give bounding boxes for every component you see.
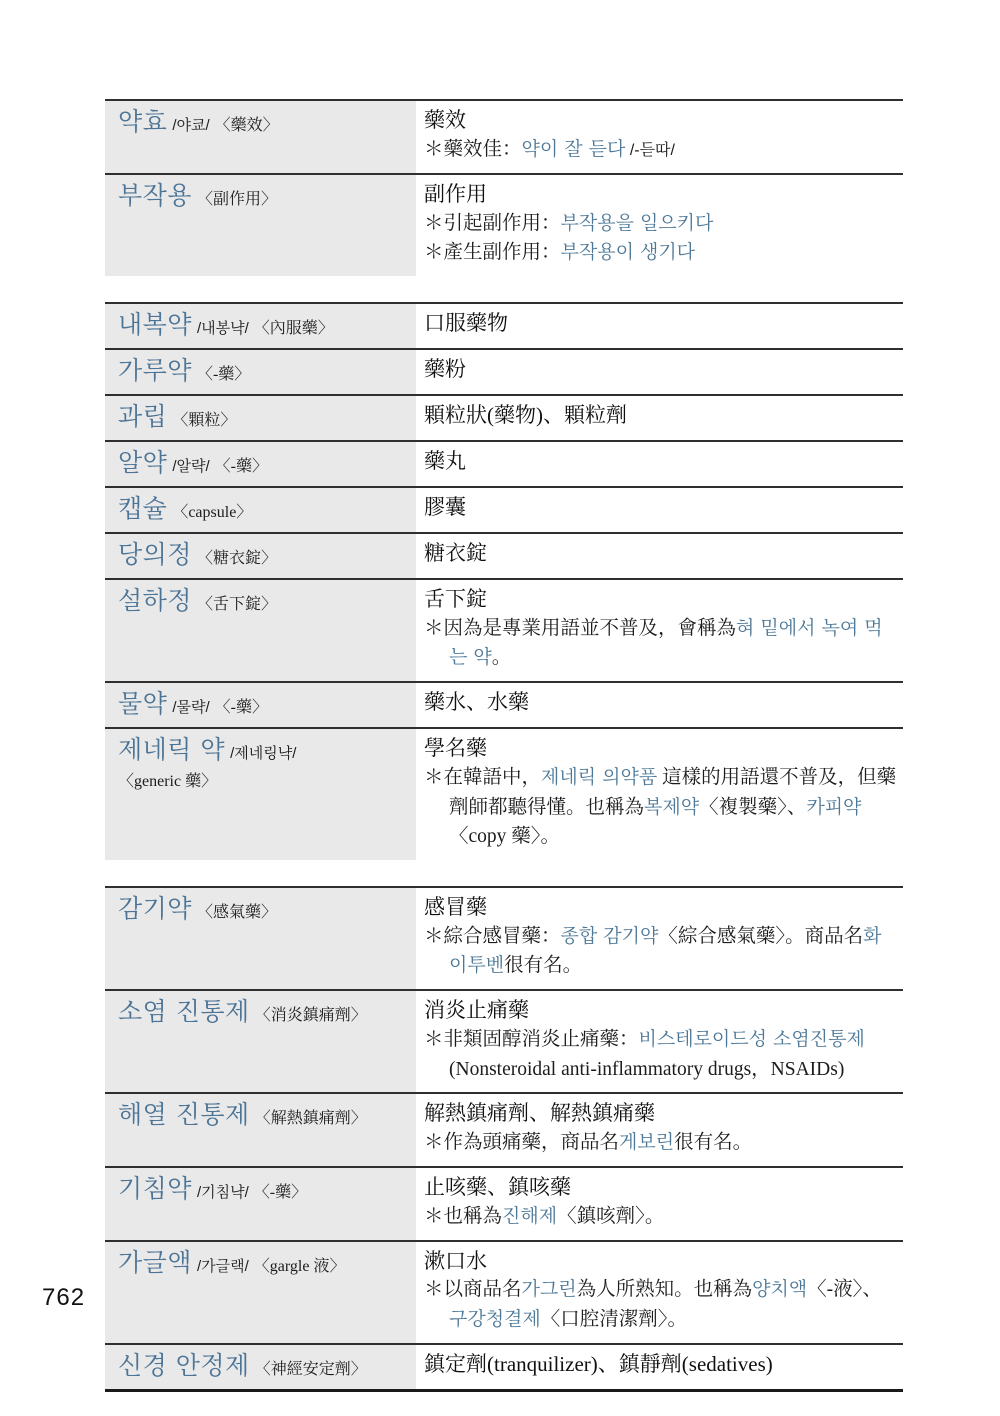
translation: 感冒藥 xyxy=(424,893,897,922)
headword-cell: 제네릭 약/제네링냑/〈generic 藥〉 xyxy=(105,729,416,860)
hanja-gloss: 〈藥效〉 xyxy=(215,117,279,134)
headword: 물약 xyxy=(118,689,167,718)
pronunciation: /물략/ xyxy=(172,699,209,716)
translation: 解熱鎮痛劑、解熱鎮痛藥 xyxy=(424,1099,897,1128)
headword-cell: 해열 진통제〈解熱鎮痛劑〉 xyxy=(105,1094,416,1166)
translation-cell: 舌下錠＊因為是專業用語並不普及，會稱為혀 밑에서 녹여 먹는 약。 xyxy=(416,580,903,681)
headword: 알약 xyxy=(118,448,167,477)
hanja-gloss: 〈舌下錠〉 xyxy=(197,596,277,613)
translation-cell: 糖衣錠 xyxy=(416,534,903,578)
headword-cell: 당의정〈糖衣錠〉 xyxy=(105,534,416,578)
translation-cell: 藥水、水藥 xyxy=(416,683,903,727)
translation: 止咳藥、鎮咳藥 xyxy=(424,1173,897,1202)
example-chinese-text: 〈鎮咳劑〉。 xyxy=(557,1206,664,1227)
headword: 과립 xyxy=(118,402,167,431)
translation-cell: 副作用＊引起副作用：부작용을 일으키다＊產生副作用：부작용이 생기다 xyxy=(416,175,903,276)
hanja-gloss: 〈generic 藥〉 xyxy=(118,773,217,790)
hanja-gloss: 〈糖衣錠〉 xyxy=(197,550,277,567)
translation: 舌下錠 xyxy=(424,585,897,614)
pronunciation: /제네링냑/ xyxy=(230,745,296,762)
hanja-gloss: 〈副作用〉 xyxy=(197,191,277,208)
page-number: 762 xyxy=(42,1284,85,1312)
korean-term: 약이 잘 듣다 xyxy=(522,138,626,160)
entry-row: 내복약/내봉냑/〈內服藥〉口服藥物 xyxy=(105,302,903,348)
korean-term: 진해제 xyxy=(502,1205,557,1227)
example-chinese-text: 〈copy 藥〉。 xyxy=(449,826,560,847)
example-line: ＊引起副作用：부작용을 일으키다 xyxy=(424,209,897,239)
translation: 藥效 xyxy=(424,106,897,135)
korean-term: 양치액 xyxy=(752,1278,807,1300)
headword: 캡슐 xyxy=(118,494,167,523)
entry-row: 과립〈顆粒〉顆粒狀(藥物)、顆粒劑 xyxy=(105,394,903,440)
example-line: ＊藥效佳：약이 잘 듣다 /-듣따/ xyxy=(424,135,897,165)
entry-row: 제네릭 약/제네링냑/〈generic 藥〉學名藥＊在韓語中，제네릭 의약품 這… xyxy=(105,727,903,860)
translation-cell: 膠囊 xyxy=(416,488,903,532)
pronunciation: /야쿄/ xyxy=(172,117,209,134)
headword: 기침약 xyxy=(118,1174,192,1203)
translation: 消炎止痛藥 xyxy=(424,996,897,1025)
translation: 膠囊 xyxy=(424,493,897,522)
headword: 내복약 xyxy=(118,310,192,339)
hanja-gloss: 〈神經安定劑〉 xyxy=(255,1361,367,1378)
hanja-gloss: 〈-藥〉 xyxy=(197,366,250,383)
headword-cell: 부작용〈副作用〉 xyxy=(105,175,416,276)
headword-cell: 신경 안정제〈神經安定劑〉 xyxy=(105,1345,416,1389)
headword: 제네릭 약 xyxy=(118,735,225,764)
pronunciation: /기침냑/ xyxy=(197,1184,249,1201)
example-chinese-text: 很有名。 xyxy=(504,955,582,976)
example-line: ＊非類固醇消炎止痛藥：비스테로이드성 소염진통제(Nonsteroidal an… xyxy=(424,1025,897,1084)
headword-cell: 기침약/기침냑/〈-藥〉 xyxy=(105,1168,416,1240)
korean-term: 부작용을 일으키다 xyxy=(561,212,714,234)
translation: 副作用 xyxy=(424,180,897,209)
headword-cell: 가글액/가글랙/〈gargle 液〉 xyxy=(105,1242,416,1343)
headword-cell: 설하정〈舌下錠〉 xyxy=(105,580,416,681)
hanja-gloss: 〈解熱鎮痛劑〉 xyxy=(255,1110,367,1127)
example-chinese-text: ＊在韓語中， xyxy=(424,767,541,788)
pronunciation: /내봉냑/ xyxy=(197,320,249,337)
hanja-gloss: 〈-藥〉 xyxy=(215,699,268,716)
example-line: ＊產生副作用：부작용이 생기다 xyxy=(424,238,897,268)
translation-cell: 口服藥物 xyxy=(416,304,903,348)
headword: 가글액 xyxy=(118,1248,192,1277)
korean-term: 구강청결제 xyxy=(449,1308,541,1330)
example-chinese-text: ＊非類固醇消炎止痛藥： xyxy=(424,1029,639,1050)
example-line: ＊綜合感冒藥：종합 감기약〈綜合感氣藥〉。商品名화이투벤很有名。 xyxy=(424,922,897,981)
translation: 鎮定劑(tranquilizer)、鎮靜劑(sedatives) xyxy=(424,1350,897,1379)
entry-row: 알약/알략/〈-藥〉藥丸 xyxy=(105,440,903,486)
translation-cell: 漱口水＊以商品名가그린為人所熟知。也稱為양치액〈-液〉、구강청결제〈口腔清潔劑〉… xyxy=(416,1242,903,1343)
entry-row: 감기약〈感氣藥〉感冒藥＊綜合感冒藥：종합 감기약〈綜合感氣藥〉。商品名화이투벤很… xyxy=(105,886,903,989)
translation: 藥水、水藥 xyxy=(424,688,897,717)
headword-cell: 내복약/내봉냑/〈內服藥〉 xyxy=(105,304,416,348)
pronunciation: /알략/ xyxy=(172,458,209,475)
example-chinese-text: ＊綜合感冒藥： xyxy=(424,926,561,947)
headword: 신경 안정제 xyxy=(118,1351,250,1380)
hanja-gloss: 〈gargle 液〉 xyxy=(254,1258,346,1275)
translation: 顆粒狀(藥物)、顆粒劑 xyxy=(424,401,897,430)
entry-row: 당의정〈糖衣錠〉糖衣錠 xyxy=(105,532,903,578)
translation: 學名藥 xyxy=(424,734,897,763)
headword-cell: 약효/야쿄/〈藥效〉 xyxy=(105,101,416,173)
hanja-gloss: 〈感氣藥〉 xyxy=(197,904,277,921)
example-line: ＊作為頭痛藥，商品名게보린很有名。 xyxy=(424,1128,897,1158)
korean-term: 복제약 xyxy=(644,796,699,818)
example-line: ＊因為是專業用語並不普及，會稱為혀 밑에서 녹여 먹는 약。 xyxy=(424,614,897,673)
translation-cell: 學名藥＊在韓語中，제네릭 의약품 這樣的用語還不普及，但藥劑師都聽得懂。也稱為복… xyxy=(416,729,903,860)
headword: 부작용 xyxy=(118,181,192,210)
translation-cell: 解熱鎮痛劑、解熱鎮痛藥＊作為頭痛藥，商品名게보린很有名。 xyxy=(416,1094,903,1166)
example-chinese-text: ＊以商品名 xyxy=(424,1279,522,1300)
example-chinese-text: ＊產生副作用： xyxy=(424,242,561,263)
korean-term: 가그린 xyxy=(522,1278,577,1300)
example-chinese-text: 〈複製藥〉、 xyxy=(699,797,806,818)
example-chinese-text: 很有名。 xyxy=(674,1132,752,1153)
translation-cell: 止咳藥、鎮咳藥＊也稱為진해제〈鎮咳劑〉。 xyxy=(416,1168,903,1240)
example-line: ＊以商品名가그린為人所熟知。也稱為양치액〈-液〉、구강청결제〈口腔清潔劑〉。 xyxy=(424,1275,897,1334)
example-chinese-text: ＊作為頭痛藥，商品名 xyxy=(424,1132,619,1153)
entry-row: 해열 진통제〈解熱鎮痛劑〉解熱鎮痛劑、解熱鎮痛藥＊作為頭痛藥，商品名게보린很有名… xyxy=(105,1092,903,1166)
korean-term: 종합 감기약 xyxy=(561,925,659,947)
translation: 漱口水 xyxy=(424,1247,897,1276)
hanja-gloss: 〈內服藥〉 xyxy=(254,320,334,337)
example-chinese-text: 〈綜合感氣藥〉。商品名 xyxy=(658,926,863,947)
dictionary-page: 762 약효/야쿄/〈藥效〉藥效＊藥效佳：약이 잘 듣다 /-듣따/부작용〈副作… xyxy=(0,0,1000,1416)
headword-cell: 소염 진통제〈消炎鎮痛劑〉 xyxy=(105,991,416,1092)
translation: 口服藥物 xyxy=(424,309,897,338)
example-chinese-text: 〈-液〉、 xyxy=(807,1279,882,1300)
entry-block: 감기약〈感氣藥〉感冒藥＊綜合感冒藥：종합 감기약〈綜合感氣藥〉。商品名화이투벤很… xyxy=(105,886,903,1392)
entry-row: 신경 안정제〈神經安定劑〉鎮定劑(tranquilizer)、鎮靜劑(sedat… xyxy=(105,1343,903,1389)
headword: 해열 진통제 xyxy=(118,1100,250,1129)
hanja-gloss: 〈-藥〉 xyxy=(215,458,268,475)
example-chinese-text: 。 xyxy=(492,647,512,668)
entry-row: 부작용〈副作用〉副作用＊引起副作用：부작용을 일으키다＊產生副作用：부작용이 생… xyxy=(105,173,903,276)
entry-block: 약효/야쿄/〈藥效〉藥效＊藥效佳：약이 잘 듣다 /-듣따/부작용〈副作用〉副作… xyxy=(105,99,903,276)
example-chinese-text: 為人所熟知。也稱為 xyxy=(577,1279,753,1300)
headword-cell: 물약/물략/〈-藥〉 xyxy=(105,683,416,727)
headword-cell: 감기약〈感氣藥〉 xyxy=(105,888,416,989)
example-chinese-text: (Nonsteroidal anti-inflammatory drugs，NS… xyxy=(449,1059,844,1080)
pronunciation: /가글랙/ xyxy=(197,1258,249,1275)
translation-cell: 藥丸 xyxy=(416,442,903,486)
vocab-table: 약효/야쿄/〈藥效〉藥效＊藥效佳：약이 잘 듣다 /-듣따/부작용〈副作用〉副作… xyxy=(105,99,903,1392)
headword: 소염 진통제 xyxy=(118,997,250,1026)
entry-row: 가글액/가글랙/〈gargle 液〉漱口水＊以商品名가그린為人所熟知。也稱為양치… xyxy=(105,1240,903,1343)
example-line: ＊在韓語中，제네릭 의약품 這樣的用語還不普及，但藥劑師都聽得懂。也稱為복제약〈… xyxy=(424,763,897,852)
example-chinese-text: ＊引起副作用： xyxy=(424,213,561,234)
translation-cell: 藥效＊藥效佳：약이 잘 듣다 /-듣따/ xyxy=(416,101,903,173)
headword-cell: 가루약〈-藥〉 xyxy=(105,350,416,394)
entry-row: 물약/물략/〈-藥〉藥水、水藥 xyxy=(105,681,903,727)
hanja-gloss: 〈消炎鎮痛劑〉 xyxy=(255,1007,367,1024)
korean-term: 제네릭 의약품 xyxy=(541,766,657,788)
korean-term: 카피약 xyxy=(806,796,861,818)
entry-block: 내복약/내봉냑/〈內服藥〉口服藥物가루약〈-藥〉藥粉과립〈顆粒〉顆粒狀(藥物)、… xyxy=(105,302,903,860)
headword-cell: 과립〈顆粒〉 xyxy=(105,396,416,440)
translation-cell: 感冒藥＊綜合感冒藥：종합 감기약〈綜合感氣藥〉。商品名화이투벤很有名。 xyxy=(416,888,903,989)
headword: 감기약 xyxy=(118,894,192,923)
example-chinese-text: ＊也稱為 xyxy=(424,1206,502,1227)
headword: 가루약 xyxy=(118,356,192,385)
korean-term: 부작용이 생기다 xyxy=(561,241,696,263)
translation-cell: 顆粒狀(藥物)、顆粒劑 xyxy=(416,396,903,440)
headword: 당의정 xyxy=(118,540,192,569)
example-chinese-text: 〈口腔清潔劑〉。 xyxy=(541,1309,687,1330)
translation-cell: 消炎止痛藥＊非類固醇消炎止痛藥：비스테로이드성 소염진통제(Nonsteroid… xyxy=(416,991,903,1092)
headword: 설하정 xyxy=(118,586,192,615)
translation: 藥丸 xyxy=(424,447,897,476)
hanja-gloss: 〈顆粒〉 xyxy=(172,412,236,429)
pronunciation-inline: /-듣따/ xyxy=(625,142,675,159)
translation: 糖衣錠 xyxy=(424,539,897,568)
headword: 약효 xyxy=(118,107,167,136)
entry-row: 가루약〈-藥〉藥粉 xyxy=(105,348,903,394)
korean-term: 게보린 xyxy=(619,1131,674,1153)
korean-term: 비스테로이드성 소염진통제 xyxy=(639,1028,865,1050)
example-chinese-text: ＊因為是專業用語並不普及，會稱為 xyxy=(424,618,736,639)
entry-row: 설하정〈舌下錠〉舌下錠＊因為是專業用語並不普及，會稱為혀 밑에서 녹여 먹는 약… xyxy=(105,578,903,681)
translation-cell: 鎮定劑(tranquilizer)、鎮靜劑(sedatives) xyxy=(416,1345,903,1389)
headword-cell: 알약/알략/〈-藥〉 xyxy=(105,442,416,486)
entry-row: 약효/야쿄/〈藥效〉藥效＊藥效佳：약이 잘 듣다 /-듣따/ xyxy=(105,99,903,173)
entry-row: 소염 진통제〈消炎鎮痛劑〉消炎止痛藥＊非類固醇消炎止痛藥：비스테로이드성 소염진… xyxy=(105,989,903,1092)
headword-cell: 캡슐〈capsule〉 xyxy=(105,488,416,532)
example-line: ＊也稱為진해제〈鎮咳劑〉。 xyxy=(424,1202,897,1232)
example-chinese-text: ＊藥效佳： xyxy=(424,139,522,160)
translation-cell: 藥粉 xyxy=(416,350,903,394)
translation: 藥粉 xyxy=(424,355,897,384)
entry-row: 기침약/기침냑/〈-藥〉止咳藥、鎮咳藥＊也稱為진해제〈鎮咳劑〉。 xyxy=(105,1166,903,1240)
hanja-gloss: 〈capsule〉 xyxy=(172,504,252,521)
entry-row: 캡슐〈capsule〉膠囊 xyxy=(105,486,903,532)
hanja-gloss: 〈-藥〉 xyxy=(254,1184,307,1201)
